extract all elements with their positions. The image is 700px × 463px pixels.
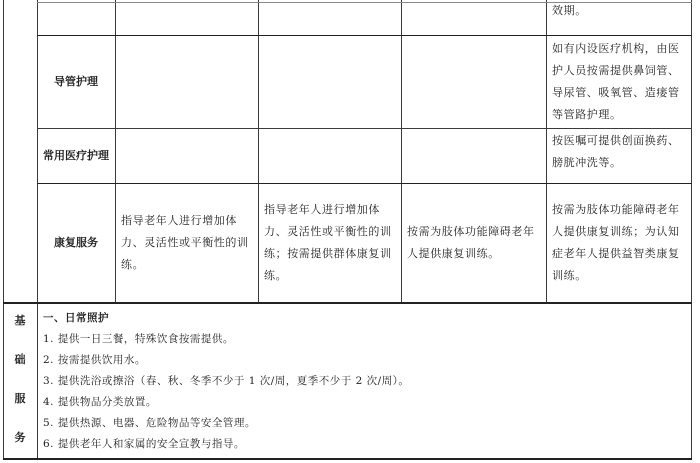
row-1-col6: 如有内设医疗机构，由医护人员按需提供鼻饲管、导尿管、吸氧管、造瘘管等管路护理。 [546, 36, 691, 128]
row-3-col4: 指导老年人进行增加体力、灵活性或平衡性的训练；按需提供群体康复训练。 [258, 184, 401, 302]
row-2-col6: 按医嘱可提供创面换药、膀胱冲洗等。 [546, 129, 691, 183]
cell-text: 指导老年人进行增加体力、灵活性或平衡性的训练。 [121, 210, 252, 276]
list-item: 3. 提供洗浴或擦浴（春、秋、冬季不少于 1 次/周，夏季不少于 2 次/周）。 [43, 371, 683, 392]
list-item: 5. 提供热源、电器、危险物品等安全管理。 [43, 413, 683, 434]
row-label-rehabilitation: 康复服务 [37, 184, 115, 302]
basic-service-side-label: 基 础 服 务 [3, 304, 37, 458]
row-label-catheter-care: 导管护理 [37, 36, 115, 128]
cell-text: 康复服务 [54, 232, 98, 254]
cell-text: 效期。 [552, 0, 587, 22]
cell-text: 按需为肢体功能障碍老年人提供康复训练；为认知症老年人提供益智类康复训练。 [552, 199, 685, 287]
list-item: 4. 提供物品分类放置。 [43, 392, 683, 413]
row-3-col6: 按需为肢体功能障碍老年人提供康复训练；为认知症老年人提供益智类康复训练。 [546, 184, 691, 302]
table-border-right [691, 0, 692, 459]
cell-text: 导管护理 [54, 71, 98, 93]
side-label-char: 服 [3, 383, 37, 414]
row-label-common-medical-care: 常用医疗护理 [37, 129, 115, 183]
side-label-char: 础 [3, 344, 37, 375]
row-3-col5: 按需为肢体功能障碍老年人提供康复训练。 [401, 184, 546, 302]
table-border-bottom [3, 458, 692, 460]
cell-text: 如有内设医疗机构，由医护人员按需提供鼻饲管、导尿管、吸氧管、造瘘管等管路护理。 [552, 38, 685, 126]
section-title: 一、日常照护 [43, 308, 683, 329]
service-standard-table: 效期。 导管护理 如有内设医疗机构，由医护人员按需提供鼻饲管、导尿管、吸氧管、造… [0, 0, 700, 463]
cell-text: 按需为肢体功能障碍老年人提供康复训练。 [407, 221, 540, 265]
side-label-char: 基 [3, 305, 37, 336]
row-divider-4 [3, 302, 692, 304]
list-item: 1. 提供一日三餐，特殊饮食按需提供。 [43, 329, 683, 350]
side-label-char: 务 [3, 422, 37, 453]
row-3-col3: 指导老年人进行增加体力、灵活性或平衡性的训练。 [115, 184, 258, 302]
list-item: 2. 按需提供饮用水。 [43, 350, 683, 371]
cell-text: 常用医疗护理 [43, 145, 109, 167]
list-item: 6. 提供老年人和家属的安全宣教与指导。 [43, 434, 683, 455]
row-0-col6: 效期。 [546, 0, 691, 22]
cell-text: 按医嘱可提供创面换药、膀胱冲洗等。 [552, 130, 685, 174]
daily-care-list: 一、日常照护 1. 提供一日三餐，特殊饮食按需提供。 2. 按需提供饮用水。 3… [43, 308, 683, 455]
cell-text: 指导老年人进行增加体力、灵活性或平衡性的训练；按需提供群体康复训练。 [264, 199, 395, 287]
